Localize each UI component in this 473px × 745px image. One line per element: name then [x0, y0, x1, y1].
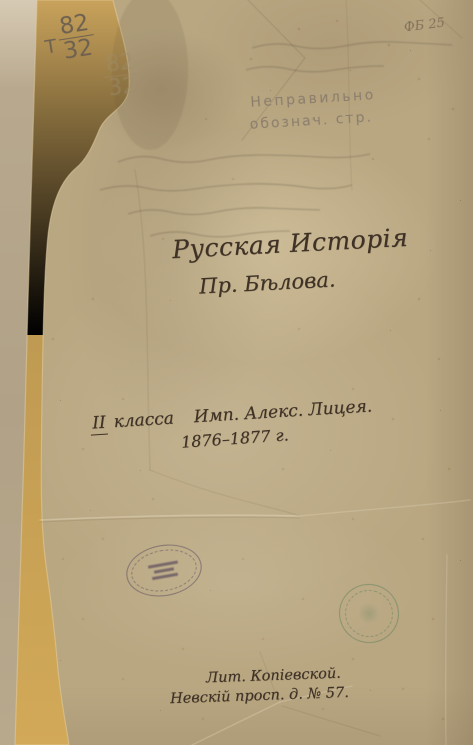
class-roman-numeral: II	[90, 413, 109, 436]
shelf-mark-ghost-denominator: 32	[107, 75, 137, 101]
oval-library-stamp	[122, 539, 206, 602]
shelf-mark: Т 82 32	[40, 10, 97, 66]
ghost-handwriting	[100, 42, 452, 237]
torn-paper-patch	[15, 0, 129, 745]
manuscript-cover-scan: Т 82 32 82 32 ФБ 25 Неправильно обознач.…	[0, 0, 473, 745]
title-handwriting: Русская Исторія	[171, 223, 408, 264]
institution-name: Имп. Алекс. Лицея.	[193, 396, 373, 427]
paper-texture-graphics	[0, 0, 473, 745]
round-library-stamp	[333, 578, 405, 650]
shelf-mark-letter: Т	[43, 35, 58, 59]
imprint-line2: Невскій просп. д. № 57.	[170, 685, 349, 707]
shelf-mark-ghost-fraction: 82 32	[102, 50, 141, 100]
imprint-line1: Лит. Копіевской.	[206, 666, 341, 687]
shelf-mark-denominator: 32	[62, 36, 95, 64]
shelf-mark-fraction: 82 32	[55, 10, 98, 64]
pencil-note: Неправильно обознач. стр.	[250, 87, 378, 133]
pencil-note-line1: Неправильно	[250, 87, 376, 111]
pencil-note-line2: обознач. стр.	[249, 109, 377, 133]
shelf-mark-ghost: 82 32	[102, 50, 141, 100]
corner-inscription: ФБ 25	[403, 16, 446, 36]
oval-stamp-text-lines	[123, 540, 204, 601]
class-word: класса	[113, 409, 174, 433]
academic-years: 1876–1877 г.	[180, 425, 289, 451]
foxing-spots-small	[0, 0, 1, 1]
author-handwriting: Пр. Бѣлова.	[198, 267, 336, 298]
class-line: IIклассаИмп. Алекс. Лицея.	[90, 396, 373, 433]
spine-strip	[0, 0, 37, 745]
